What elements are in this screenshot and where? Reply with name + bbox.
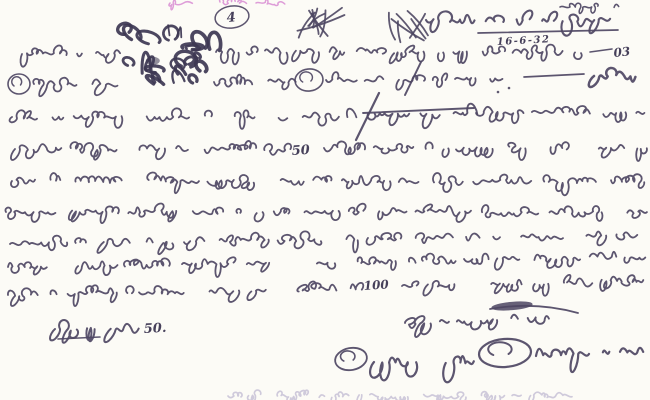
ink-blot xyxy=(118,23,221,84)
body-line6 xyxy=(5,203,646,223)
pink-mark-3 xyxy=(256,0,285,5)
body-line4-b xyxy=(324,141,647,161)
line2-slash xyxy=(405,62,421,95)
body-line3-a xyxy=(10,108,357,129)
heading-top-flourish xyxy=(560,3,619,13)
line2-dash xyxy=(524,74,584,77)
line3-diacritic-dots xyxy=(497,87,511,94)
body-line1-left xyxy=(21,45,134,66)
pink-mark-1 xyxy=(169,0,192,10)
body-line7 xyxy=(10,231,650,254)
line3-struck-word xyxy=(368,104,478,128)
cancel-scribble xyxy=(297,8,344,38)
page-number: 4 xyxy=(226,10,236,26)
body-line5 xyxy=(11,172,650,195)
line2-end-flourish xyxy=(589,68,650,87)
line10-underline xyxy=(58,337,100,339)
heading-underline xyxy=(478,30,618,33)
signature-b xyxy=(536,348,643,372)
body-line3-b xyxy=(476,106,644,123)
body-line10-number: 50. xyxy=(143,321,166,337)
heading-lead-scribble xyxy=(389,11,428,42)
body-line8 xyxy=(8,252,650,277)
signature-loop xyxy=(478,337,532,369)
body-line4-a xyxy=(11,141,291,160)
body-line1-right xyxy=(216,45,596,65)
line2-start-circle xyxy=(8,74,30,94)
body-line1-dash xyxy=(590,49,612,52)
manuscript-svg: 416-6-32035010050. xyxy=(0,0,650,400)
signature-a xyxy=(370,356,474,382)
body-line1-number: 03 xyxy=(613,44,631,60)
body-line2-b xyxy=(214,75,296,90)
signature-circle xyxy=(333,345,368,372)
bottom-cutoff-line xyxy=(228,390,586,400)
body-line2-a xyxy=(33,78,117,97)
pink-mark-2 xyxy=(220,0,247,5)
body-line2-c xyxy=(326,72,459,90)
body-line9-a xyxy=(8,281,363,306)
body-line9-number: 100 xyxy=(363,277,390,293)
closing-flourish xyxy=(405,315,549,337)
scanned-document-page: 416-6-32035010050. xyxy=(0,0,650,400)
body-line9-b xyxy=(402,275,650,296)
line2-circle xyxy=(294,68,324,93)
body-line2-d xyxy=(455,78,533,86)
heading-date: 16-6-32 xyxy=(497,34,551,48)
body-line4-number: 50 xyxy=(291,143,310,159)
